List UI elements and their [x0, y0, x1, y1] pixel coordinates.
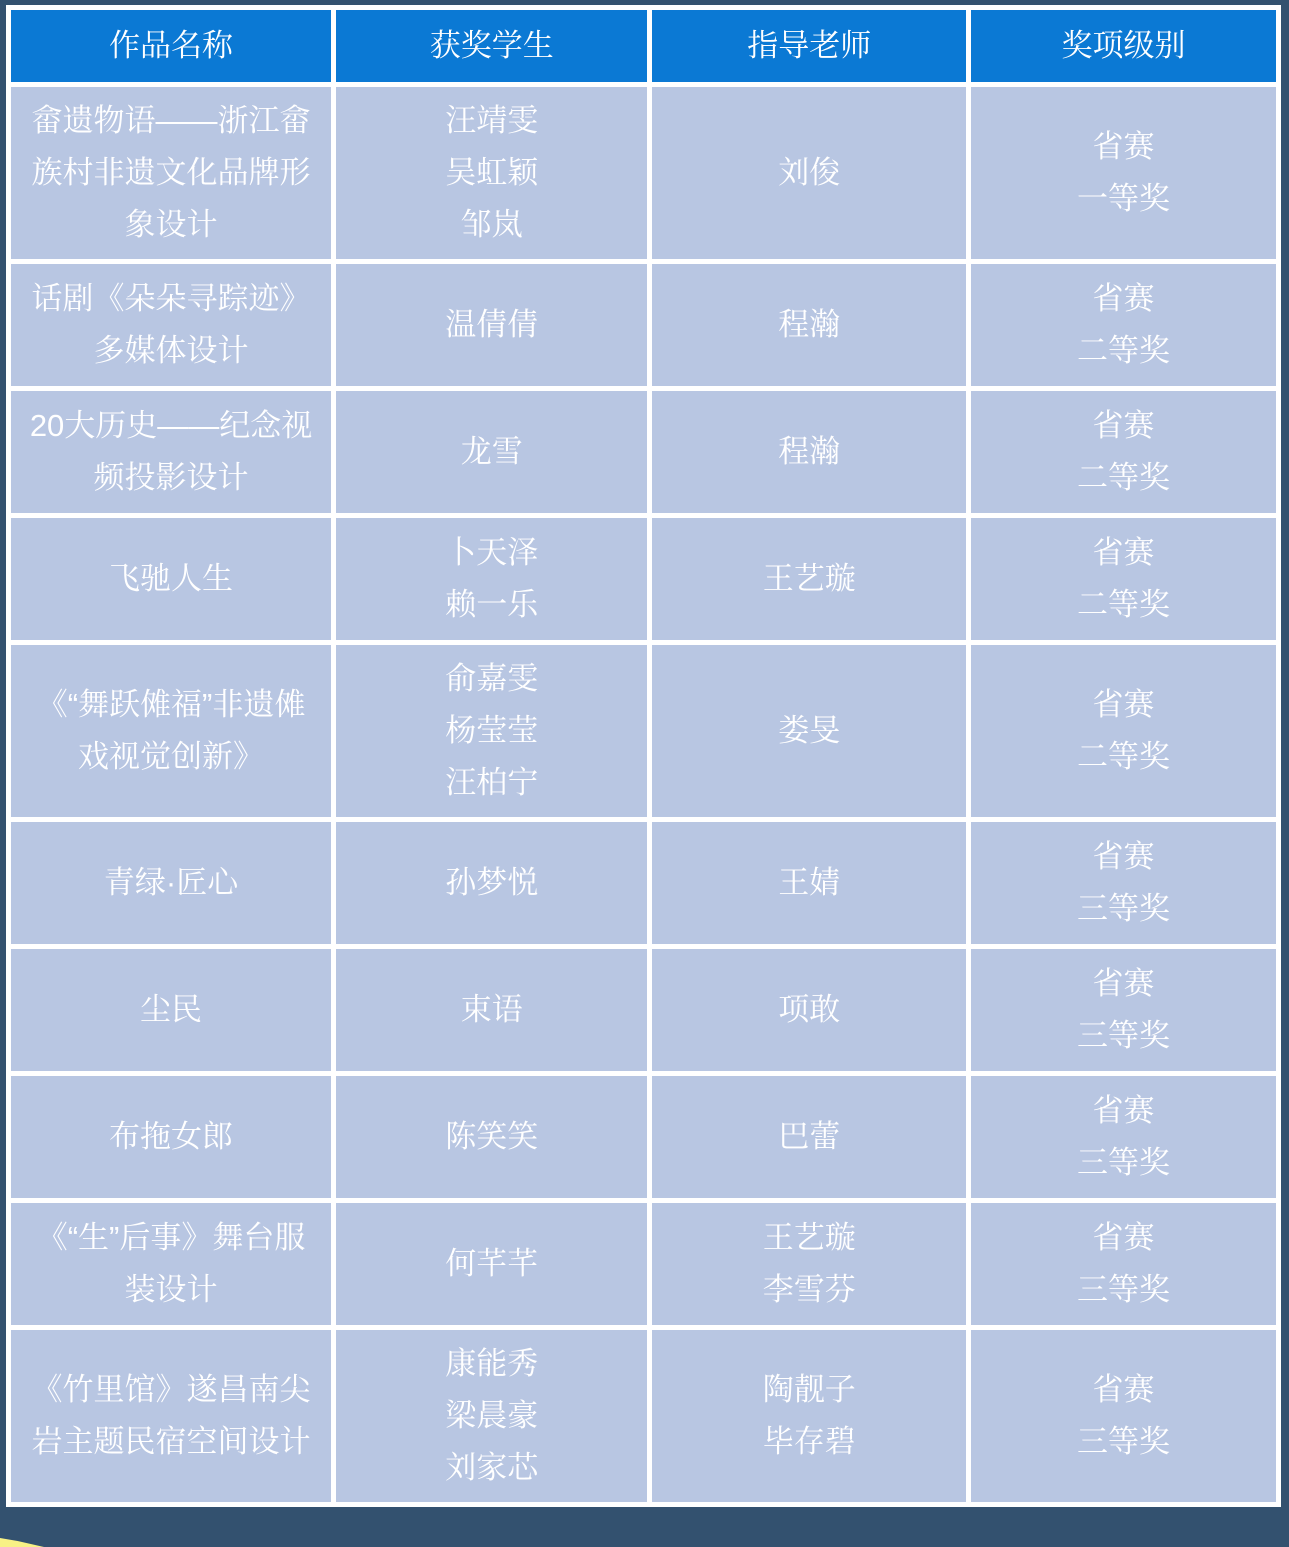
- table-body: 畲遗物语——浙江畲族村非遗文化品牌形象设计汪靖雯吴虹颖邹岚刘俊省赛一等奖话剧《朵…: [9, 85, 1279, 1505]
- teachers-cell: 刘俊: [650, 85, 969, 262]
- award-cell: 省赛二等奖: [969, 262, 1279, 389]
- teachers-cell-line: 项敢: [664, 984, 954, 1036]
- students-cell-line: 梁晨豪: [348, 1390, 635, 1442]
- work-cell: 《“舞跃傩福”非遗傩戏视觉创新》: [9, 643, 334, 820]
- teachers-cell-line: 娄旻: [664, 705, 954, 757]
- students-cell-line: 汪柏宁: [348, 757, 635, 809]
- work-cell: 20大历史——纪念视频投影设计: [9, 389, 334, 516]
- column-header-students: 获奖学生: [334, 8, 650, 85]
- students-cell-line: 卜天泽: [348, 527, 635, 579]
- work-cell: 《“生”后事》舞台服装设计: [9, 1201, 334, 1328]
- teachers-cell-line: 程瀚: [664, 299, 954, 351]
- award-cell-line: 一等奖: [983, 173, 1264, 225]
- students-cell: 康能秀梁晨豪刘家芯: [334, 1328, 650, 1505]
- teachers-cell-line: 巴蕾: [664, 1111, 954, 1163]
- teachers-cell-line: 毕存碧: [664, 1416, 954, 1468]
- teachers-cell: 王艺璇: [650, 516, 969, 643]
- students-cell-line: 汪靖雯: [348, 95, 635, 147]
- students-cell-line: 杨莹莹: [348, 705, 635, 757]
- students-cell: 孙梦悦: [334, 820, 650, 947]
- award-cell: 省赛二等奖: [969, 389, 1279, 516]
- award-cell-line: 省赛: [983, 273, 1264, 325]
- award-cell-line: 省赛: [983, 400, 1264, 452]
- work-cell: 布拖女郎: [9, 1074, 334, 1201]
- students-cell-line: 龙雪: [348, 426, 635, 478]
- award-cell: 省赛三等奖: [969, 820, 1279, 947]
- work-cell: 话剧《朵朵寻踪迹》多媒体设计: [9, 262, 334, 389]
- teachers-cell-line: 王艺璇: [664, 553, 954, 605]
- teachers-cell: 王婧: [650, 820, 969, 947]
- table-row: 尘民束语项敢省赛三等奖: [9, 947, 1279, 1074]
- award-cell: 省赛三等奖: [969, 1201, 1279, 1328]
- award-cell-line: 二等奖: [983, 731, 1264, 783]
- work-cell: 《竹里馆》遂昌南尖岩主题民宿空间设计: [9, 1328, 334, 1505]
- award-cell-line: 三等奖: [983, 1137, 1264, 1189]
- award-cell: 省赛二等奖: [969, 643, 1279, 820]
- teachers-cell: 娄旻: [650, 643, 969, 820]
- award-cell-line: 省赛: [983, 121, 1264, 173]
- table-row: 《“生”后事》舞台服装设计何芊芊王艺璇李雪芬省赛三等奖: [9, 1201, 1279, 1328]
- table-row: 话剧《朵朵寻踪迹》多媒体设计温倩倩程瀚省赛二等奖: [9, 262, 1279, 389]
- award-cell-line: 二等奖: [983, 579, 1264, 631]
- work-cell: 尘民: [9, 947, 334, 1074]
- column-header-award: 奖项级别: [969, 8, 1279, 85]
- students-cell-line: 温倩倩: [348, 299, 635, 351]
- teachers-cell-line: 陶靓子: [664, 1364, 954, 1416]
- students-cell: 陈笑笑: [334, 1074, 650, 1201]
- work-cell: 飞驰人生: [9, 516, 334, 643]
- award-cell-line: 省赛: [983, 679, 1264, 731]
- students-cell-line: 俞嘉雯: [348, 653, 635, 705]
- award-cell-line: 二等奖: [983, 452, 1264, 504]
- teachers-cell-line: 程瀚: [664, 426, 954, 478]
- teachers-cell: 程瀚: [650, 389, 969, 516]
- students-cell: 龙雪: [334, 389, 650, 516]
- teachers-cell: 王艺璇李雪芬: [650, 1201, 969, 1328]
- students-cell-line: 康能秀: [348, 1338, 635, 1390]
- awards-table: 作品名称 获奖学生 指导老师 奖项级别 畲遗物语——浙江畲族村非遗文化品牌形象设…: [6, 5, 1281, 1507]
- award-cell: 省赛二等奖: [969, 516, 1279, 643]
- award-cell-line: 省赛: [983, 831, 1264, 883]
- work-cell: 畲遗物语——浙江畲族村非遗文化品牌形象设计: [9, 85, 334, 262]
- award-cell-line: 省赛: [983, 1212, 1264, 1264]
- teachers-cell-line: 王艺璇: [664, 1212, 954, 1264]
- award-cell: 省赛三等奖: [969, 947, 1279, 1074]
- teachers-cell-line: 刘俊: [664, 147, 954, 199]
- students-cell-line: 赖一乐: [348, 579, 635, 631]
- teachers-cell: 项敢: [650, 947, 969, 1074]
- award-cell-line: 三等奖: [983, 1416, 1264, 1468]
- students-cell: 卜天泽赖一乐: [334, 516, 650, 643]
- award-cell: 省赛一等奖: [969, 85, 1279, 262]
- table-row: 飞驰人生卜天泽赖一乐王艺璇省赛二等奖: [9, 516, 1279, 643]
- students-cell-line: 吴虹颖: [348, 147, 635, 199]
- students-cell: 温倩倩: [334, 262, 650, 389]
- column-header-teachers: 指导老师: [650, 8, 969, 85]
- students-cell: 俞嘉雯杨莹莹汪柏宁: [334, 643, 650, 820]
- students-cell-line: 刘家芯: [348, 1442, 635, 1494]
- award-cell-line: 省赛: [983, 958, 1264, 1010]
- column-header-work: 作品名称: [9, 8, 334, 85]
- students-cell-line: 孙梦悦: [348, 857, 635, 909]
- table-row: 20大历史——纪念视频投影设计龙雪程瀚省赛二等奖: [9, 389, 1279, 516]
- table-row: 畲遗物语——浙江畲族村非遗文化品牌形象设计汪靖雯吴虹颖邹岚刘俊省赛一等奖: [9, 85, 1279, 262]
- award-cell-line: 省赛: [983, 1085, 1264, 1137]
- award-cell: 省赛三等奖: [969, 1074, 1279, 1201]
- award-cell-line: 省赛: [983, 527, 1264, 579]
- students-cell-line: 束语: [348, 984, 635, 1036]
- students-cell-line: 邹岚: [348, 199, 635, 251]
- students-cell-line: 陈笑笑: [348, 1111, 635, 1163]
- table-wrap: 作品名称 获奖学生 指导老师 奖项级别 畲遗物语——浙江畲族村非遗文化品牌形象设…: [0, 0, 1289, 1517]
- yellow-corner-artifact: [0, 1537, 44, 1547]
- award-cell-line: 省赛: [983, 1364, 1264, 1416]
- award-cell-line: 三等奖: [983, 1264, 1264, 1316]
- work-cell: 青绿·匠心: [9, 820, 334, 947]
- students-cell: 何芊芊: [334, 1201, 650, 1328]
- table-row: 青绿·匠心孙梦悦王婧省赛三等奖: [9, 820, 1279, 947]
- teachers-cell: 程瀚: [650, 262, 969, 389]
- awards-table-page: 作品名称 获奖学生 指导老师 奖项级别 畲遗物语——浙江畲族村非遗文化品牌形象设…: [0, 0, 1289, 1547]
- teachers-cell: 巴蕾: [650, 1074, 969, 1201]
- teachers-cell-line: 王婧: [664, 857, 954, 909]
- teachers-cell-line: 李雪芬: [664, 1264, 954, 1316]
- table-row: 《竹里馆》遂昌南尖岩主题民宿空间设计康能秀梁晨豪刘家芯陶靓子毕存碧省赛三等奖: [9, 1328, 1279, 1505]
- table-row: 布拖女郎陈笑笑巴蕾省赛三等奖: [9, 1074, 1279, 1201]
- students-cell: 束语: [334, 947, 650, 1074]
- award-cell-line: 三等奖: [983, 883, 1264, 935]
- students-cell: 汪靖雯吴虹颖邹岚: [334, 85, 650, 262]
- teachers-cell: 陶靓子毕存碧: [650, 1328, 969, 1505]
- students-cell-line: 何芊芊: [348, 1238, 635, 1290]
- award-cell-line: 二等奖: [983, 325, 1264, 377]
- table-header-row: 作品名称 获奖学生 指导老师 奖项级别: [9, 8, 1279, 85]
- award-cell-line: 三等奖: [983, 1010, 1264, 1062]
- award-cell: 省赛三等奖: [969, 1328, 1279, 1505]
- table-row: 《“舞跃傩福”非遗傩戏视觉创新》俞嘉雯杨莹莹汪柏宁娄旻省赛二等奖: [9, 643, 1279, 820]
